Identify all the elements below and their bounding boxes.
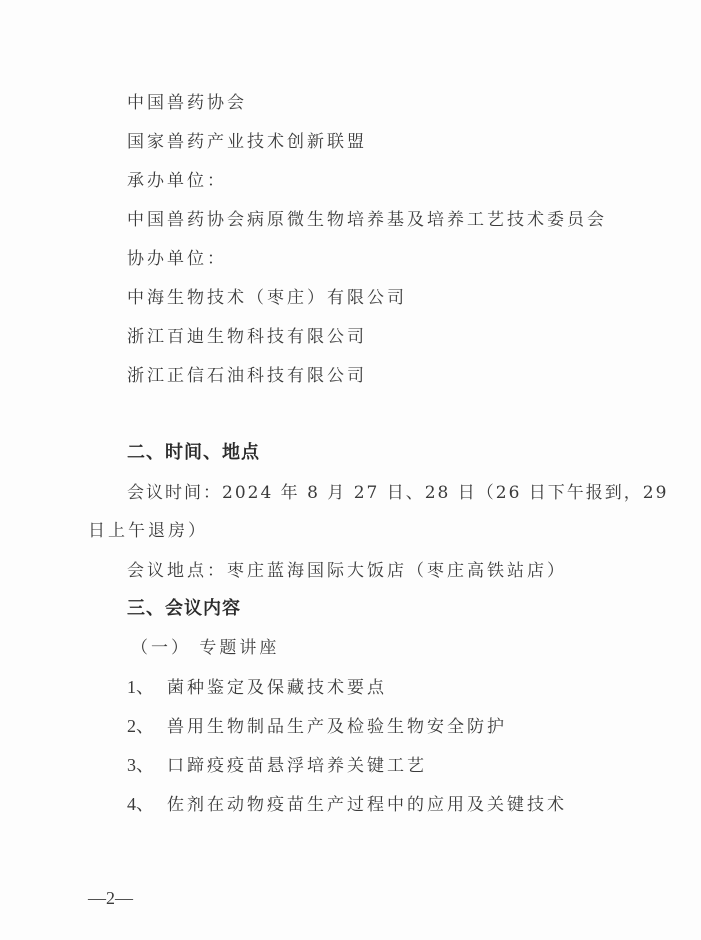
meeting-location: 会议地点：枣庄蓝海国际大饭店（枣庄高铁站店） xyxy=(127,560,567,582)
lecture-item-text: 佐剂在动物疫苗生产过程中的应用及关键技术 xyxy=(167,795,567,815)
lecture-item-text: 菌种鉴定及保藏技术要点 xyxy=(167,678,387,698)
meeting-time-line-1: 会议时间：2024 年 8 月 27 日、28 日（26 日下午报到，29 xyxy=(127,482,668,504)
host-organizer-1: 中国兽药协会 xyxy=(127,92,247,114)
lecture-item-3: 3、口蹄疫疫苗悬浮培养关键工艺 xyxy=(127,754,427,777)
co-organizer-3: 浙江正信石油科技有限公司 xyxy=(127,365,367,387)
lecture-item-text: 兽用生物制品生产及检验生物安全防护 xyxy=(167,717,507,737)
lecture-item-2: 2、兽用生物制品生产及检验生物安全防护 xyxy=(127,715,507,738)
section-3-heading: 三、会议内容 xyxy=(127,598,241,620)
undertaker: 中国兽药协会病原微生物培养基及培养工艺技术委员会 xyxy=(127,209,607,231)
lecture-item-number: 4、 xyxy=(127,793,167,815)
host-organizer-2: 国家兽药产业技术创新联盟 xyxy=(127,131,367,153)
co-organizer-label: 协办单位： xyxy=(127,248,227,270)
page-number: —2— xyxy=(88,888,133,909)
lecture-item-4: 4、佐剂在动物疫苗生产过程中的应用及关键技术 xyxy=(127,793,567,816)
lecture-item-1: 1、菌种鉴定及保藏技术要点 xyxy=(127,676,387,699)
co-organizer-2: 浙江百迪生物科技有限公司 xyxy=(127,326,367,348)
co-organizer-1: 中海生物技术（枣庄）有限公司 xyxy=(127,287,407,309)
meeting-time-line-2: 日上午退房） xyxy=(88,520,208,542)
lecture-item-number: 2、 xyxy=(127,715,167,737)
document-page: 中国兽药协会 国家兽药产业技术创新联盟 承办单位： 中国兽药协会病原微生物培养基… xyxy=(0,0,701,940)
lecture-item-text: 口蹄疫疫苗悬浮培养关键工艺 xyxy=(167,756,427,776)
subheading-lectures: （一） 专题讲座 xyxy=(131,637,279,659)
undertaker-label: 承办单位： xyxy=(127,170,227,192)
lecture-item-number: 1、 xyxy=(127,676,167,698)
lecture-item-number: 3、 xyxy=(127,754,167,776)
section-2-heading: 二、时间、地点 xyxy=(127,442,260,464)
